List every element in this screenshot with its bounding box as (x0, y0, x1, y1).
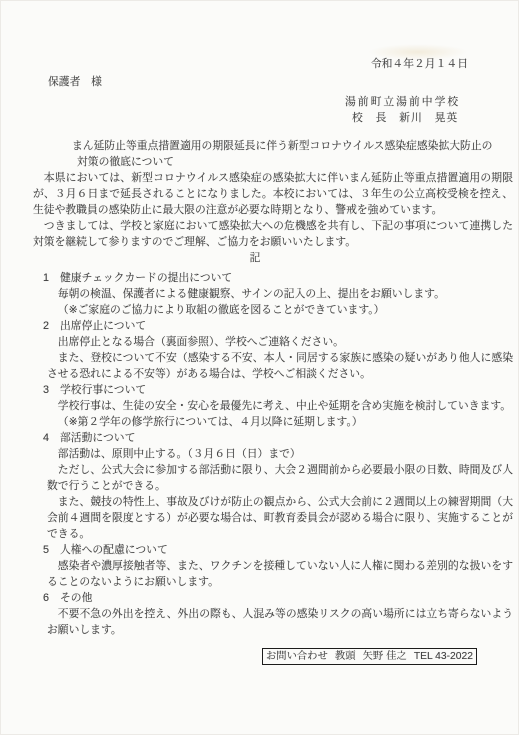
intro-paragraph-2: つきましては、学校と家庭において感染拡大への危機感を共有し、下記の事項について連… (33, 218, 513, 250)
sender-block: 湯前町立湯前中学校 校 長 新川 晃英 (345, 94, 513, 126)
item-body-paragraph: 学校行事は、生徒の安全・安心を最優先に考え、中止や延期を含め実施を検討していきま… (47, 398, 513, 414)
sender-school: 湯前町立湯前中学校 (345, 94, 513, 110)
item-title: その他 (60, 590, 92, 606)
contact-role: 教頭 (335, 649, 356, 664)
list-item-health-check: 1 健康チェックカードの提出について 毎朝の検温、保護者による健康観察、サインの… (33, 270, 513, 318)
item-body: 毎朝の検温、保護者による健康観察、サインの記入の上、提出をお願いします。 （※ご… (33, 286, 513, 318)
item-title: 学校行事について (60, 382, 146, 398)
item-header: 1 健康チェックカードの提出について (43, 270, 513, 286)
contact-info-box: お問い合わせ 教頭 矢野 佳之 TEL 43-2022 (262, 648, 477, 665)
item-body-paragraph: また、登校について不安（感染する不安、本人・同居する家族に感染の疑いがあり他人に… (47, 350, 513, 382)
list-item-club-activities: 4 部活動について 部活動は、原則中止する。（３月６日（日）まで） ただし、公式… (33, 430, 513, 542)
item-header: 3 学校行事について (43, 382, 513, 398)
item-body-paragraph: また、競技の特性上、事故及びけが防止の観点から、公式大会前に２週間以上の練習期間… (47, 494, 513, 542)
list-item-attendance-suspension: 2 出席停止について 出席停止となる場合（裏面参照）、学校へご連絡ください。 ま… (33, 318, 513, 382)
list-item-human-rights: 5 人権への配慮について 感染者や濃厚接触者等、また、ワクチンを接種していない人… (33, 542, 513, 590)
document-title-line2: 対策の徹底について (77, 154, 513, 170)
item-number: 1 (43, 270, 60, 286)
intro-paragraphs: 本県においては、新型コロナウイルス感染症の感染拡大に伴いまん延防止等重点措置適用… (33, 170, 513, 250)
item-header: 6 その他 (43, 590, 513, 606)
contact-name: 矢野 佳之 (363, 649, 407, 664)
item-body-paragraph: （※ご家庭のご協力により取組の徹底を図ることができています。） (47, 302, 513, 318)
list-item-school-events: 3 学校行事について 学校行事は、生徒の安全・安心を最優先に考え、中止や延期を含… (33, 382, 513, 430)
item-body: 部活動は、原則中止する。（３月６日（日）まで） ただし、公式大会に参加する部活動… (33, 446, 513, 542)
intro-paragraph-1: 本県においては、新型コロナウイルス感染症の感染拡大に伴いまん延防止等重点措置適用… (33, 170, 513, 218)
item-number: 2 (43, 318, 60, 334)
document-date: 令和４年２月１４日 (33, 56, 513, 72)
item-body-paragraph: 感染者や濃厚接触者等、また、ワクチンを接種していない人に人権に関わる差別的な扱い… (47, 558, 513, 590)
item-body: 学校行事は、生徒の安全・安心を最優先に考え、中止や延期を含め実施を検討していきま… (33, 398, 513, 430)
item-body-paragraph: 部活動は、原則中止する。（３月６日（日）まで） (47, 446, 513, 462)
item-number: 3 (43, 382, 60, 398)
item-header: 2 出席停止について (43, 318, 513, 334)
addressee: 保護者 様 (48, 74, 513, 90)
contact-label: お問い合わせ (266, 649, 328, 664)
item-body: 感染者や濃厚接触者等、また、ワクチンを接種していない人に人権に関わる差別的な扱い… (33, 558, 513, 590)
sender-principal: 校 長 新川 晃英 (352, 110, 513, 126)
document-page: 令和４年２月１４日 保護者 様 湯前町立湯前中学校 校 長 新川 晃英 まん延防… (0, 0, 519, 735)
list-item-other: 6 その他 不要不急の外出を控え、外出の際も、人混み等の感染リスクの高い場所には… (33, 590, 513, 638)
item-title: 出席停止について (60, 318, 146, 334)
item-body: 出席停止となる場合（裏面参照）、学校へご連絡ください。 また、登校について不安（… (33, 334, 513, 382)
item-body-paragraph: （※第２学年の修学旅行については、４月以降に延期します。） (47, 414, 513, 430)
item-header: 5 人権への配慮について (43, 542, 513, 558)
item-header: 4 部活動について (43, 430, 513, 446)
item-title: 健康チェックカードの提出について (60, 270, 232, 286)
item-body-paragraph: 出席停止となる場合（裏面参照）、学校へご連絡ください。 (47, 334, 513, 350)
record-marker: 記 (33, 250, 513, 266)
item-body-paragraph: 不要不急の外出を控え、外出の際も、人混み等の感染リスクの高い場所には立ち寄らない… (47, 606, 513, 638)
item-body-paragraph: ただし、公式大会に参加する部活動に限り、大会２週間前から必要最小限の日数、時間及… (47, 462, 513, 494)
item-body-paragraph: 毎朝の検温、保護者による健康観察、サインの記入の上、提出をお願いします。 (47, 286, 513, 302)
item-number: 4 (43, 430, 60, 446)
item-number: 5 (43, 542, 60, 558)
item-body: 不要不急の外出を控え、外出の際も、人混み等の感染リスクの高い場所には立ち寄らない… (33, 606, 513, 638)
contact-tel: TEL 43-2022 (414, 649, 473, 664)
document-title: まん延防止等重点措置適用の期限延長に伴う新型コロナウイルス感染症感染拡大防止の … (72, 138, 513, 170)
document-title-line1: まん延防止等重点措置適用の期限延長に伴う新型コロナウイルス感染症感染拡大防止の (72, 138, 513, 154)
item-title: 部活動について (60, 430, 135, 446)
item-title: 人権への配慮について (60, 542, 168, 558)
item-number: 6 (43, 590, 60, 606)
notice-item-list: 1 健康チェックカードの提出について 毎朝の検温、保護者による健康観察、サインの… (33, 270, 513, 638)
